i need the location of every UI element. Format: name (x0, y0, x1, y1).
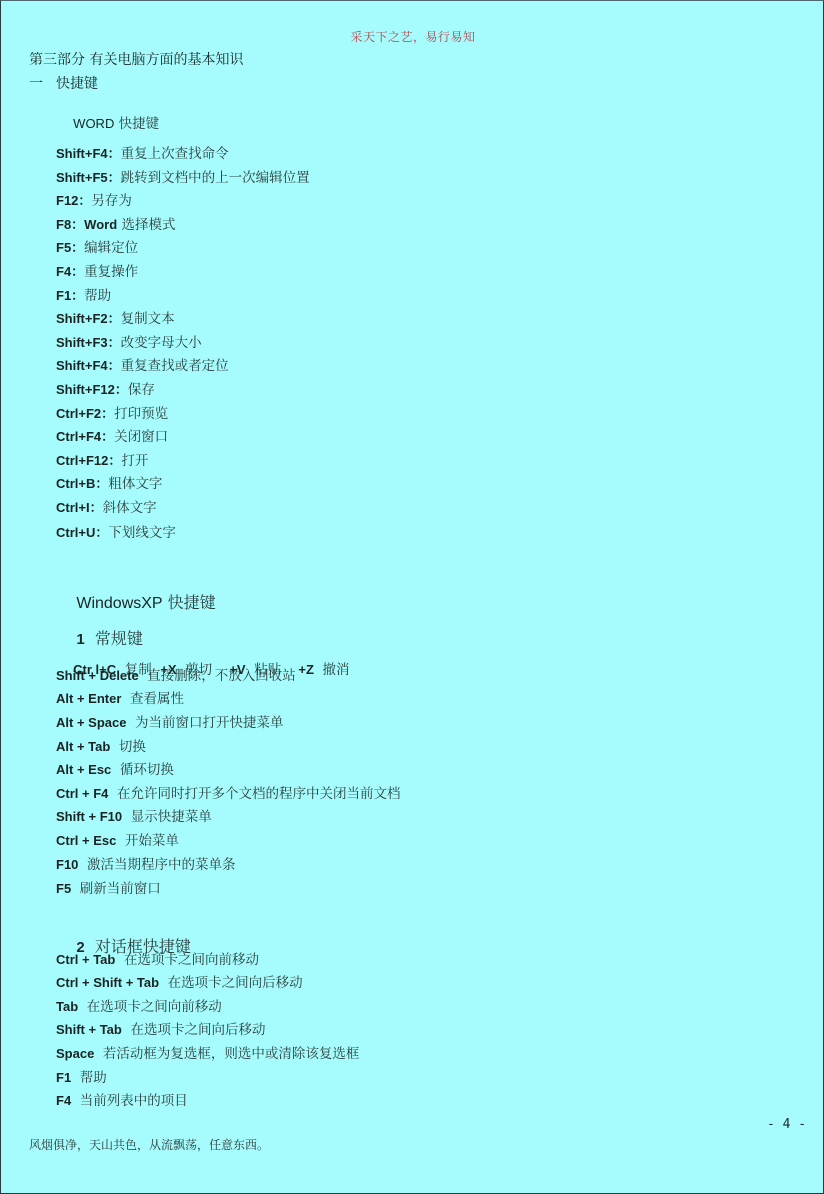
general-shortcut-item: Alt + Esc 循环切换 (56, 761, 174, 779)
section-heading-shortcuts: 一快捷键 (29, 73, 98, 93)
footer-motto: 风烟俱净，天山共色，从流飘荡，任意东西。 (29, 1136, 269, 1153)
dialog-shortcut-item: Tab 在选项卡之间向前移动 (56, 998, 222, 1016)
word-shortcut-item: Ctrl+F2：打印预览 (56, 405, 168, 423)
word-shortcut-item: Shift+F12：保存 (56, 381, 155, 399)
dialog-shortcut-item: Shift + Tab 在选项卡之间向后移动 (56, 1021, 265, 1039)
general-shortcut-item: Shift + Delete 直接删除，不放入回收站 (56, 667, 296, 685)
word-shortcuts-heading: WORD 快捷键 (56, 97, 159, 151)
page-number: - 4 - (767, 1117, 806, 1132)
word-shortcut-item: Ctrl+F4：关闭窗口 (56, 428, 168, 446)
general-shortcut-item: Alt + Tab 切换 (56, 738, 146, 756)
word-shortcut-item: Shift+F4：重复上次查找命令 (56, 145, 229, 163)
page-title: 第三部分 有关电脑方面的基本知识 (29, 49, 243, 69)
word-shortcut-item: F5：编辑定位 (56, 239, 138, 257)
general-shortcut-item: Ctrl + Esc 开始菜单 (56, 832, 179, 850)
word-shortcut-item: Ctrl+B：粗体文字 (56, 475, 162, 493)
word-shortcut-item: F8：Word 选择模式 (56, 216, 175, 234)
dialog-shortcut-item: Ctrl + Tab 在选项卡之间向前移动 (56, 951, 259, 969)
general-shortcut-item: Alt + Space 为当前窗口打开快捷菜单 (56, 714, 284, 732)
section-label: 快捷键 (56, 76, 98, 92)
word-shortcut-item: F12：另存为 (56, 192, 132, 210)
dialog-shortcut-item: F1 帮助 (56, 1069, 107, 1087)
document-page: 采天下之艺，易行易知 第三部分 有关电脑方面的基本知识 一快捷键 WORD 快捷… (0, 0, 824, 1194)
dialog-shortcut-item: Space 若活动框为复选框，则选中或清除该复选框 (56, 1045, 359, 1063)
word-shortcut-item: Shift+F4：重复查找或者定位 (56, 357, 229, 375)
general-shortcut-item: Alt + Enter 查看属性 (56, 690, 184, 708)
word-shortcut-item: Ctrl+U：下划线文字 (56, 524, 176, 542)
section-marker: 一 (29, 73, 56, 93)
word-shortcut-item: F4：重复操作 (56, 263, 138, 281)
dialog-shortcut-item: F4 当前列表中的项目 (56, 1092, 188, 1110)
word-shortcut-item: Ctrl+I：斜体文字 (56, 499, 157, 517)
dialog-shortcut-item: Ctrl + Shift + Tab 在选项卡之间向后移动 (56, 974, 303, 992)
general-shortcut-item: F5 刷新当前窗口 (56, 880, 161, 898)
word-shortcut-item: F1：帮助 (56, 287, 111, 305)
word-shortcut-item: Ctrl+F12：打开 (56, 452, 148, 470)
word-shortcut-item: Shift+F3：改变字母大小 (56, 334, 202, 352)
word-shortcut-item: Shift+F2：复制文本 (56, 310, 175, 328)
word-shortcut-item: Shift+F5：跳转到文档中的上一次编辑位置 (56, 169, 310, 187)
header-motto: 采天下之艺，易行易知 (1, 28, 824, 45)
general-shortcut-item: Shift + F10 显示快捷菜单 (56, 808, 212, 826)
general-shortcut-item: Ctrl + F4 在允许同时打开多个文档的程序中关闭当前文档 (56, 785, 400, 803)
general-shortcut-item: F10 激活当期程序中的菜单条 (56, 856, 236, 874)
